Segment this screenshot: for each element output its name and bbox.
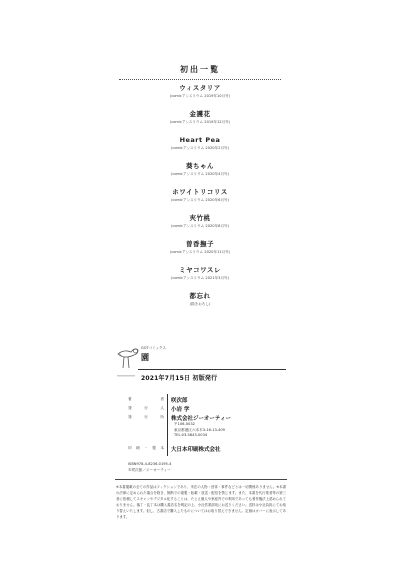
credit-label: 著者: [128, 397, 164, 402]
phone: TEL:03-5843-0034: [174, 433, 207, 439]
credit-label: 印刷・製本: [128, 446, 164, 451]
work-name: Heart Pea: [0, 136, 400, 145]
work-source: (comicアンスリウム 2020年6月号): [0, 197, 400, 203]
work-name: ミヤコワスレ: [0, 266, 400, 275]
work-item: 葵ちゃん (comicアンスリウム 2020年4月号): [0, 162, 400, 188]
work-source: (comicアンスリウム 2020年2月号): [0, 145, 400, 151]
imprint-label: GOTコミックス: [141, 346, 166, 351]
credits-divider: [167, 394, 168, 456]
work-item: ホワイトリコリス (comicアンスリウム 2020年6月号): [0, 188, 400, 214]
disclaimer-rule: [115, 479, 287, 480]
work-source: (comicアンスリウム 2019年12月号): [0, 119, 400, 125]
book-title: 園: [141, 352, 149, 363]
isbn-block: ISBN978-4-8236-0195-4 ©咲次郎／ジーオーティー: [128, 462, 171, 473]
work-name: ホワイトリコリス: [0, 188, 400, 197]
credit-value: 咲次郎: [171, 396, 188, 404]
works-list: ウィスタリア (comicアンスリウム 2019年10月号) 金護花 (comi…: [0, 84, 400, 318]
work-item: 都忘れ (描きおろし): [0, 292, 400, 318]
dotted-divider: [119, 79, 281, 80]
work-item: ウィスタリア (comicアンスリウム 2019年10月号): [0, 84, 400, 110]
credit-label: 発行人: [128, 406, 164, 411]
work-item: Heart Pea (comicアンスリウム 2020年2月号): [0, 136, 400, 162]
work-name: 金護花: [0, 110, 400, 119]
credit-value: 株式会社ジーオーティー: [171, 414, 231, 422]
work-name: 葵ちゃん: [0, 162, 400, 171]
copyright: ©咲次郎／ジーオーティー: [128, 468, 171, 474]
work-name: 都忘れ: [0, 292, 400, 301]
work-source: (comicアンスリウム 2020年4月号): [0, 171, 400, 177]
work-source: (描きおろし): [0, 301, 400, 307]
bird-logo-icon: [116, 344, 140, 378]
work-item: 金護花 (comicアンスリウム 2019年12月号): [0, 110, 400, 136]
work-name: 曽香撫子: [0, 240, 400, 249]
work-item: 夾竹桃 (comicアンスリウム 2020年8月号): [0, 214, 400, 240]
work-source: (comicアンスリウム 2020年11月号): [0, 249, 400, 255]
isbn: ISBN978-4-8236-0195-4: [128, 462, 171, 468]
publication-date: 2021年7月15日 初版発行: [141, 373, 217, 382]
page-title: 初出一覧: [0, 64, 400, 75]
credit-value: 大日本印刷株式会社: [171, 445, 221, 453]
work-name: ウィスタリア: [0, 84, 400, 93]
work-name: 夾竹桃: [0, 214, 400, 223]
work-source: (comicアンスリウム 2019年10月号): [0, 93, 400, 99]
disclaimer-text: ※本書掲載の全ての作品はフィクションであり、実在の人物・団体・事件などとは一切関…: [116, 484, 286, 521]
credit-label: 発行所: [128, 415, 164, 420]
title-rule: [138, 369, 286, 370]
work-source: (comicアンスリウム 2020年8月号): [0, 223, 400, 229]
work-source: (comicアンスリウム 2021年3月号): [0, 275, 400, 281]
work-item: 曽香撫子 (comicアンスリウム 2020年11月号): [0, 240, 400, 266]
work-item: ミヤコワスレ (comicアンスリウム 2021年3月号): [0, 266, 400, 292]
credit-value: 小岩 学: [171, 405, 189, 413]
